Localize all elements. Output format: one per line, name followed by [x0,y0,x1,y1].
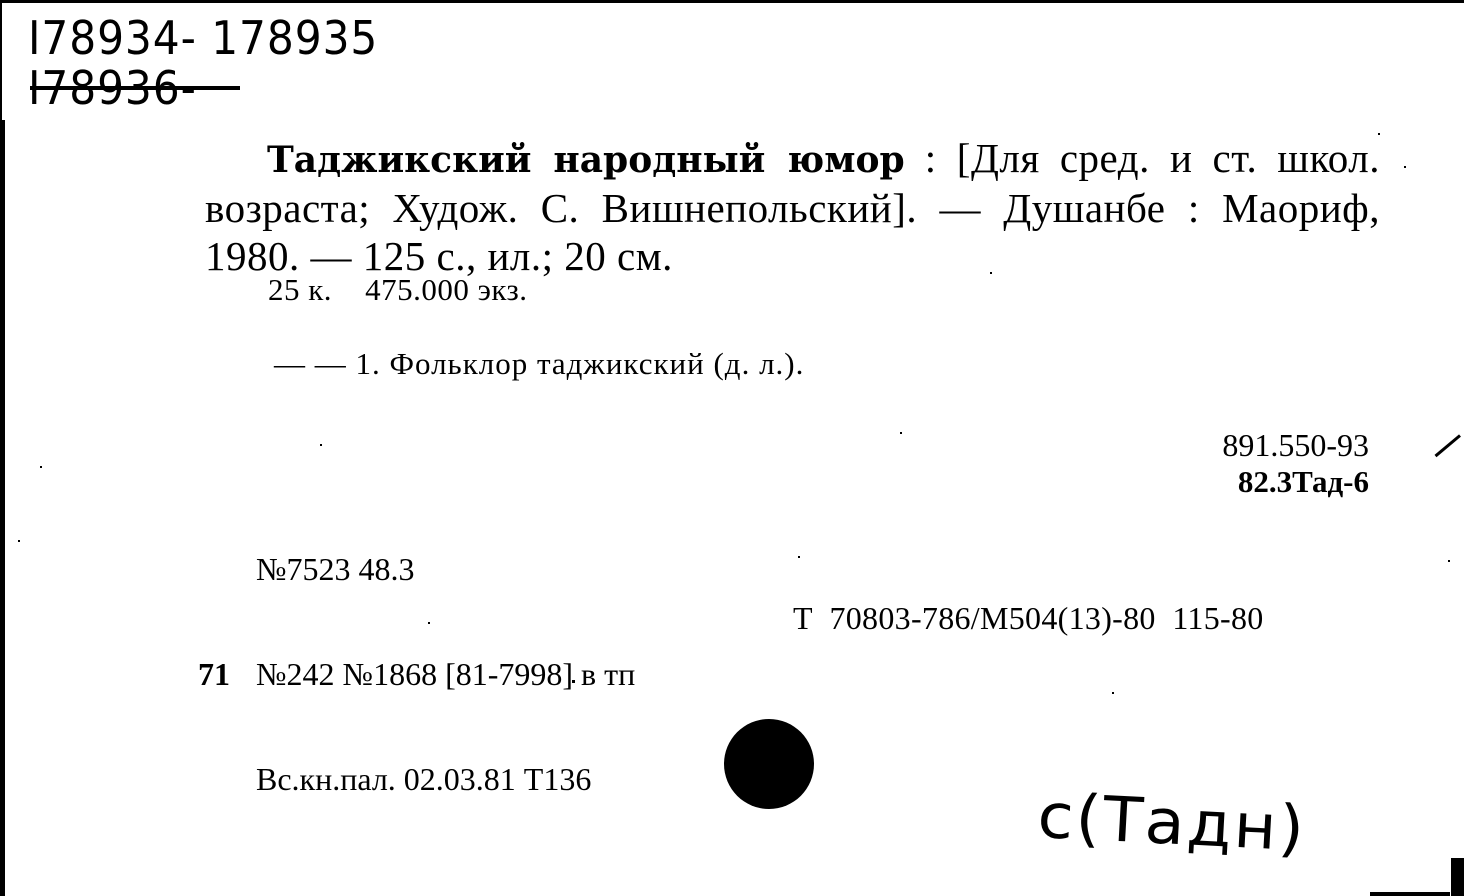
scan-speck [572,680,575,683]
subject-heading: — — 1. Фольклор таджикский (д. л.). [274,346,804,382]
scan-edge-left-upper [0,0,2,120]
print-run: 475.000 экз. [365,272,527,307]
scan-speck [900,432,902,434]
scan-speck [1378,133,1380,135]
service-line-2: №242 №1868 [81-7998] в тп [256,656,635,692]
scan-speck [1112,692,1114,694]
scan-edge-left [0,120,5,896]
bbk-code: 82.3Тад-6 [1238,464,1369,500]
service-line-1: №7523 48.3 [256,551,415,587]
scan-edge-top [0,0,1464,3]
scan-speck [428,622,430,624]
service-line-2-lead: 71 [198,657,256,692]
scan-edge-right [1451,858,1464,896]
punch-hole [724,719,814,809]
subject-prefix: — — [274,346,356,381]
scan-speck [1404,166,1406,168]
handwritten-shelf-mark: с(Тадн) [1036,776,1309,869]
subject-number: 1. [356,346,381,381]
scan-speck [320,444,322,446]
check-mark-icon [1435,434,1461,457]
catalog-card: I78934- 178935 I78936- Таджикский народн… [0,0,1464,896]
service-line-3: Вс.кн.пал. 02.03.81 Т136 [256,761,591,797]
scan-speck [1448,560,1450,562]
subject-text: Фольклор таджикский (д. л.). [390,346,805,381]
scan-speck [18,540,20,542]
title-separator: : [905,135,957,181]
inventory-numbers: I78934- 178935 [28,12,378,64]
bibliographic-record: Таджикский народный юмор : [Для сред. и … [205,134,1380,280]
strikethrough-line [30,86,240,90]
scan-speck [798,556,800,558]
publisher-code: Т 70803-786/М504(13)-80 115-80 [793,600,1264,637]
udc-code: 891.550-93 [1222,426,1369,464]
service-info: №7523 48.3 71№242 №1868 [81-7998] в тп В… [198,482,635,867]
scan-speck [990,272,992,274]
scan-edge-bottom [1370,892,1450,896]
price: 25 к. [268,272,332,307]
book-title: Таджикский народный юмор [267,139,905,181]
scan-speck [40,466,42,468]
price-and-print-run: 25 к. 475.000 экз. [268,272,528,308]
